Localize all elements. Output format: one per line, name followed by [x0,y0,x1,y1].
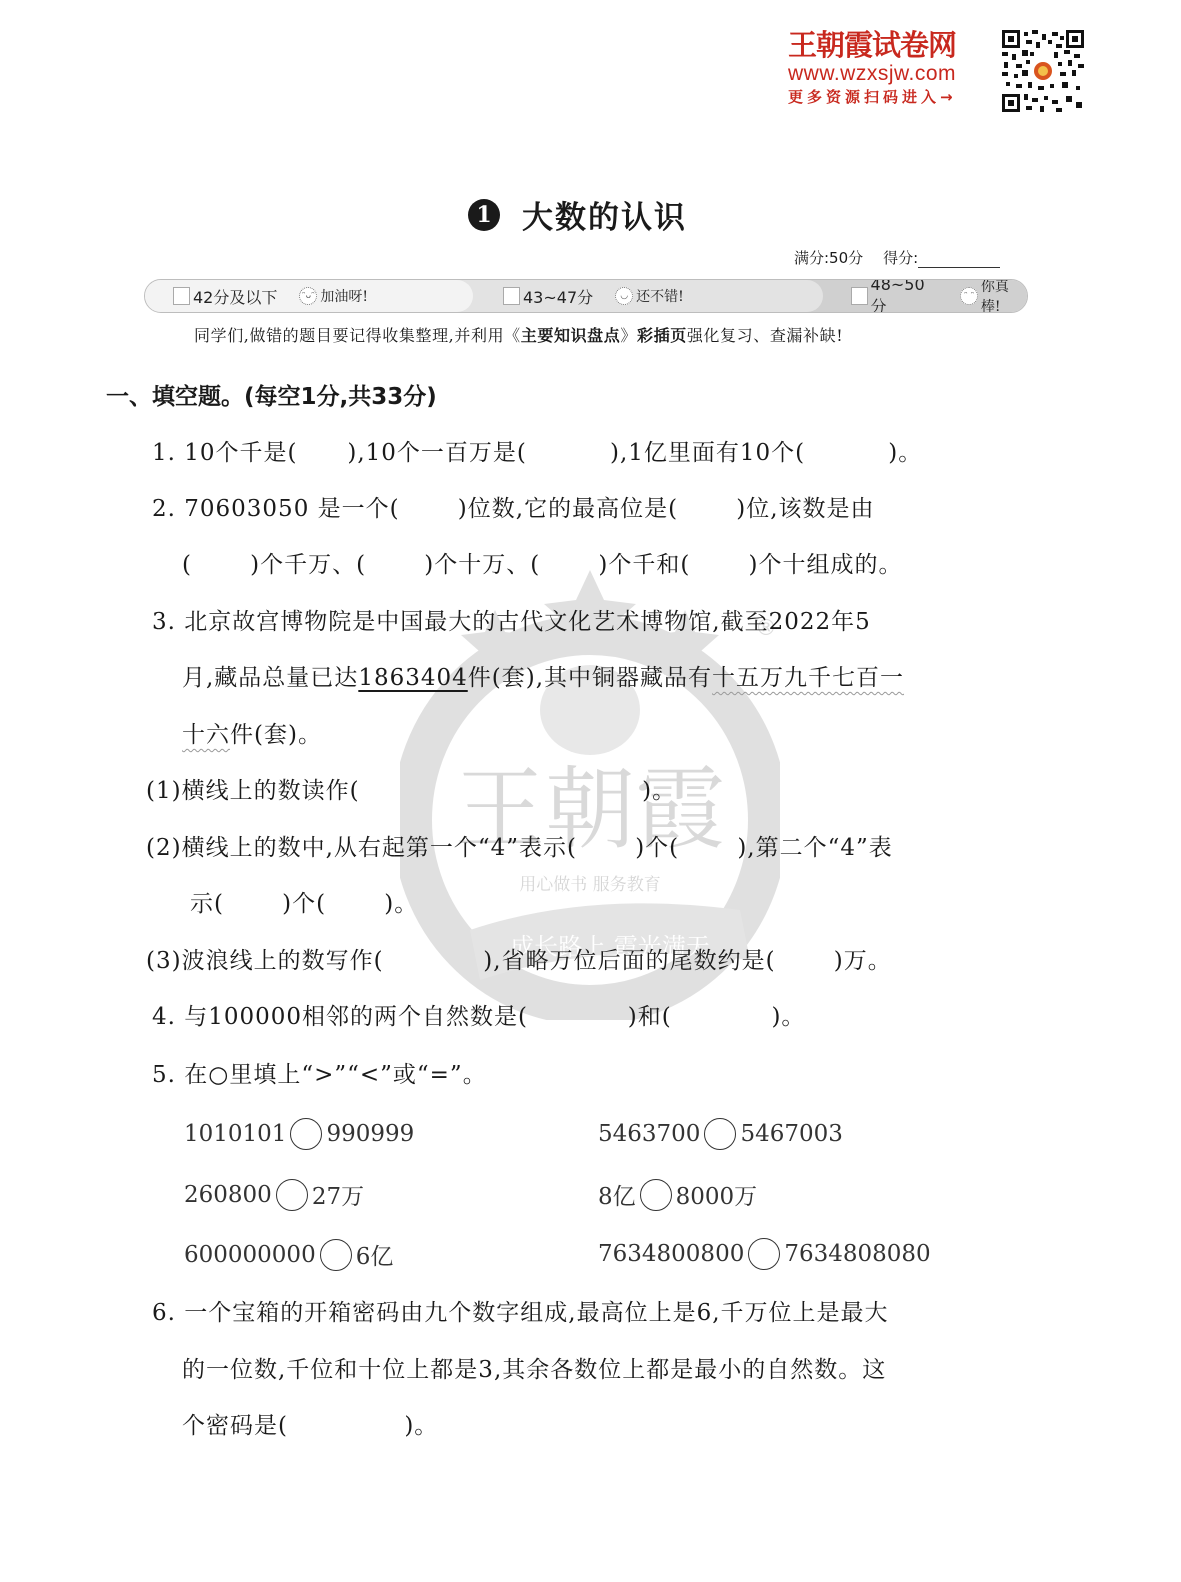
rating-range: 43~47分 [523,285,593,308]
score-label: 得分: [883,247,918,268]
question-6-line-1: 6. 一个宝箱的开箱密码由九个数字组成,最高位上是6,千万位上是最大 [152,1298,889,1328]
smile-face-icon: ◡ [615,287,633,305]
compare-circle[interactable] [320,1239,352,1271]
compare-right: 27万 [312,1178,364,1211]
score-blank[interactable] [918,251,1000,268]
section-heading: 一、填空题。(每空1分,共33分) [106,378,437,411]
unit-title: 大数的认识 [522,192,687,237]
compare-right: 8000万 [676,1178,758,1211]
question-3-sub-1: (1)横线上的数读作( )。 [146,776,676,806]
question-3-sub-2-line-2: 示( )个( )。 [190,889,418,919]
q3-underlined-number: 1863404 [358,665,467,691]
question-5-intro: 5. 在○里填上“>”“<”或“=”。 [152,1060,487,1090]
reminder-text: 》 [620,326,637,345]
compare-right: 7634808080 [784,1241,930,1267]
compare-circle[interactable] [748,1238,780,1270]
unit-number-badge: 1 [468,199,500,231]
compare-circle[interactable] [640,1179,672,1211]
rating-cheer: 你真棒! [981,279,1027,313]
brand-block: 王朝霞试卷网 www.wzxsjw.com 更多资源扫码进入→ [788,28,998,108]
brand-url[interactable]: www.wzxsjw.com [788,62,998,86]
compare-circle[interactable] [276,1179,308,1211]
compare-left: 5463700 [598,1121,700,1147]
compare-item: 26080027万 [184,1178,364,1211]
reminder-highlight: 彩插页 [637,326,687,345]
q3-text: 件(套),其中铜器藏品有 [468,665,712,691]
compare-left: 600000000 [184,1242,316,1268]
rating-range: 42分及以下 [193,285,277,308]
question-2-line-2: ( )个千万、( )个十万、( )个千和( )个十组成的。 [182,550,903,580]
q3-wavy-number: 十五万九千七百一 [712,665,904,691]
question-3-line-3: 十六件(套)。 [182,720,322,750]
rating-cheer: 还不错! [636,286,684,306]
question-3-line-1: 3. 北京故宫博物院是中国最大的古代文化艺术博物馆,截至2022年5 [152,607,871,637]
rating-checkbox[interactable] [503,287,520,305]
question-1: 1. 10个千是( ),10个一百万是( ),1亿里面有10个( )。 [152,438,922,468]
question-6-line-3: 个密码是( )。 [182,1411,438,1441]
full-score: 满分:50分 [794,247,863,268]
compare-item: 54637005467003 [598,1118,843,1150]
qr-code-icon[interactable] [1002,30,1084,112]
page-title: 1 大数的认识 [468,192,687,237]
rating-cheer: 加油呀! [320,286,368,306]
compare-item: 76348008007634808080 [598,1238,931,1270]
question-6-line-2: 的一位数,千位和十位上都是3,其余各数位上都是最小的自然数。这 [182,1355,886,1385]
reminder-highlight: 主要知识盘点 [521,326,621,345]
q3-wavy-number: 十六 [182,722,230,748]
question-2-line-1: 2. 70603050 是一个( )位数,它的最高位是( )位,该数是由 [152,494,875,524]
rating-segment-low: 42分及以下 ᵔᴗᵔ 加油呀! [145,280,473,312]
score-line: 满分:50分 得分: [794,247,1000,268]
rating-segment-high: 48~50分 ᵔ ᵔ 你真棒! [805,280,1027,312]
compare-right: 6亿 [356,1238,394,1271]
cheer-face-icon: ᵔᴗᵔ [299,287,317,305]
compare-item: 8亿8000万 [598,1178,757,1211]
compare-circle[interactable] [290,1118,322,1150]
q3-text: 月,藏品总量已达 [182,665,358,691]
happy-face-icon: ᵔ ᵔ [960,287,977,305]
question-3-sub-3: (3)波浪线上的数写作( ),省略万位后面的尾数约是( )万。 [146,946,892,976]
rating-segment-mid: 43~47分 ◡ 还不错! [455,280,823,312]
compare-right: 5467003 [740,1121,842,1147]
question-3-sub-2-line-1: (2)横线上的数中,从右起第一个“4”表示( )个( ),第二个“4”表 [146,833,893,863]
study-reminder: 同学们,做错的题目要记得收集整理,并利用《主要知识盘点》彩插页强化复习、查漏补缺… [194,323,843,346]
q3-text: 件(套)。 [230,722,322,748]
reminder-text: 强化复习、查漏补缺! [687,326,843,345]
compare-left: 7634800800 [598,1241,744,1267]
rating-checkbox[interactable] [851,287,868,305]
compare-left: 260800 [184,1182,272,1208]
compare-left: 8亿 [598,1178,636,1211]
svg-text:用心做书 服务教育: 用心做书 服务教育 [519,875,660,895]
compare-item: 6000000006亿 [184,1238,393,1271]
compare-left: 1010101 [184,1121,286,1147]
rating-range: 48~50分 [871,279,939,313]
question-4: 4. 与100000相邻的两个自然数是( )和( )。 [152,1002,805,1032]
reminder-text: 同学们,做错的题目要记得收集整理,并利用《 [194,326,521,345]
compare-item: 1010101990999 [184,1118,414,1150]
rating-band: 42分及以下 ᵔᴗᵔ 加油呀! 43~47分 ◡ 还不错! 48~50分 ᵔ ᵔ… [144,279,1028,313]
brand-title: 王朝霞试卷网 [788,28,998,62]
brand-cta: 更多资源扫码进入→ [788,86,998,108]
rating-checkbox[interactable] [173,287,190,305]
question-3-line-2: 月,藏品总量已达1863404件(套),其中铜器藏品有十五万九千七百一 [182,663,904,693]
compare-right: 990999 [326,1121,414,1147]
compare-circle[interactable] [704,1118,736,1150]
